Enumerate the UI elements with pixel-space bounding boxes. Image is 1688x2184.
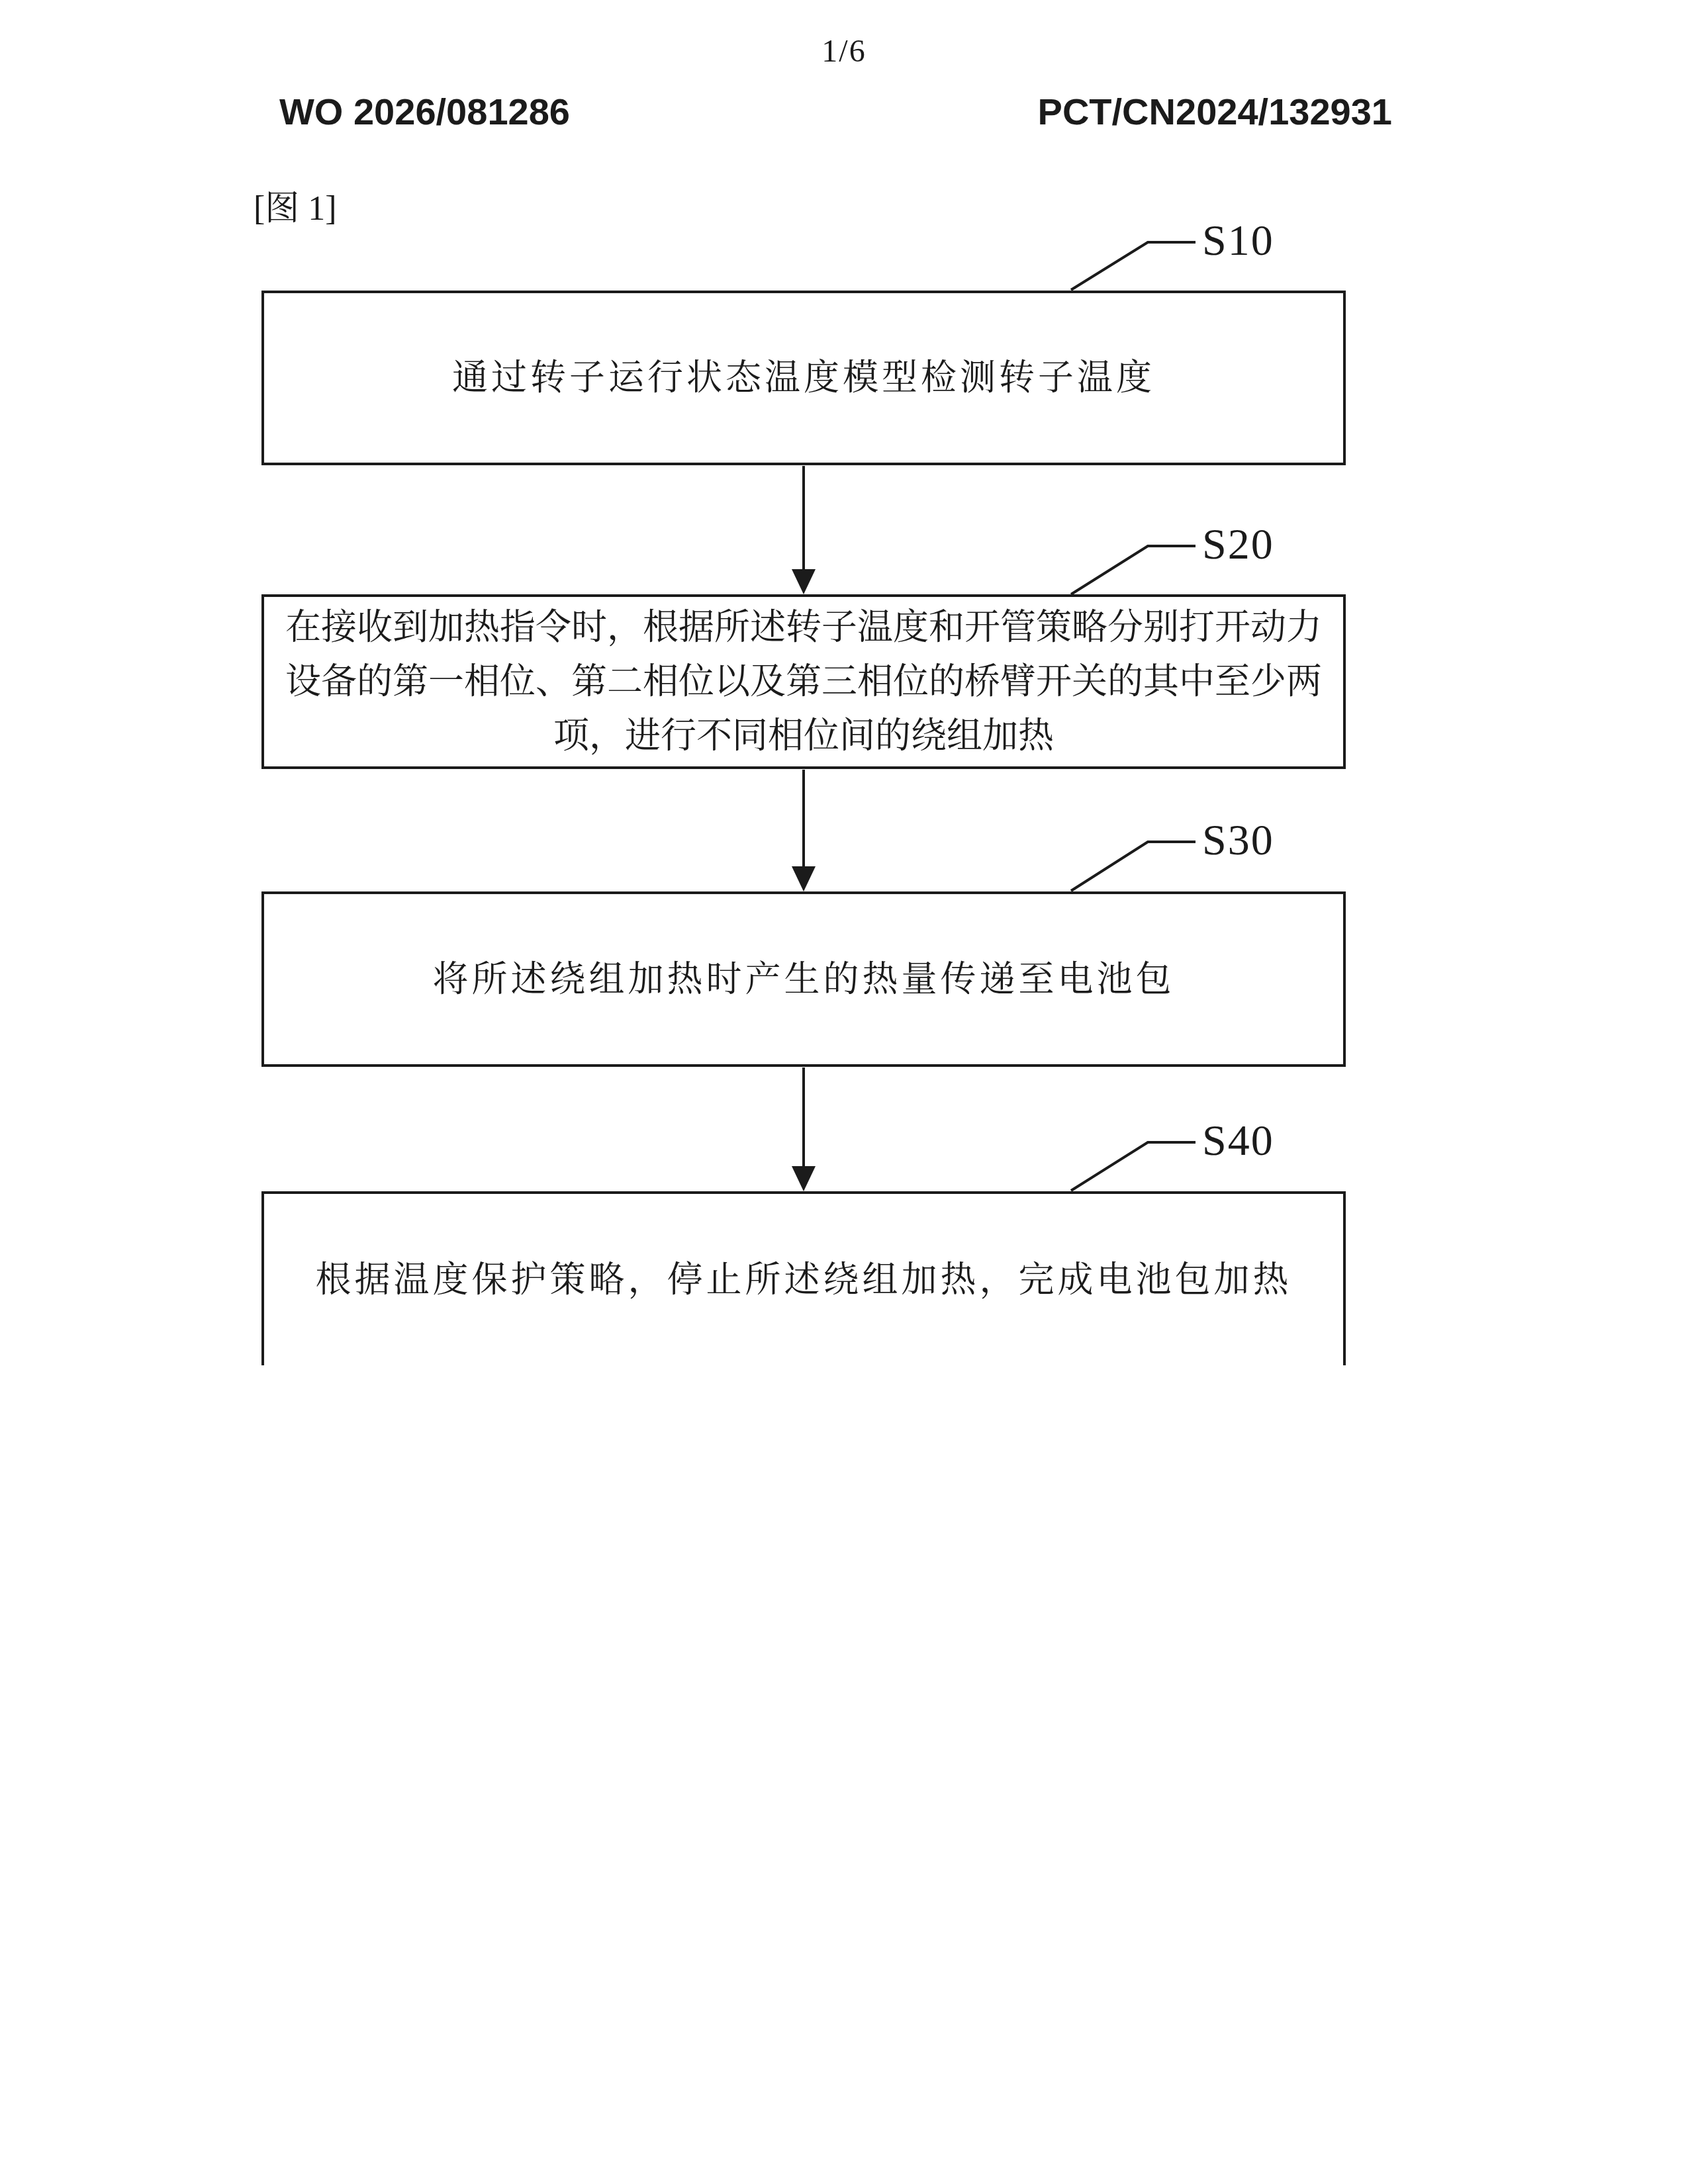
leader-line-s20 [1071, 546, 1196, 594]
arrow-head-1 [792, 569, 816, 594]
flow-step-box-s40: 根据温度保护策略，停止所述绕组加热，完成电池包加热 [261, 1191, 1346, 1365]
figure-label: [图 1] [254, 180, 337, 230]
step-tag-s30: S30 [1202, 813, 1274, 868]
flow-step-text-s20: 在接收到加热指令时，根据所述转子温度和开管策略分别打开动力 设备的第一相位、第二… [264, 600, 1343, 763]
publication-number: WO 2026/081286 [279, 90, 570, 133]
flow-step-text-s30: 将所述绕组加热时产生的热量传递至电池包 [264, 952, 1343, 1007]
leader-line-s10 [1071, 242, 1196, 290]
application-number: PCT/CN2024/132931 [1038, 90, 1392, 133]
flow-step-box-s30: 将所述绕组加热时产生的热量传递至电池包 [261, 891, 1346, 1067]
flow-step-box-s20: 在接收到加热指令时，根据所述转子温度和开管策略分别打开动力 设备的第一相位、第二… [261, 594, 1346, 769]
leader-line-s40 [1071, 1142, 1196, 1191]
step-tag-s40: S40 [1202, 1113, 1274, 1169]
flow-step-box-s10: 通过转子运行状态温度模型检测转子温度 [261, 291, 1346, 465]
arrow-head-2 [792, 866, 816, 891]
page-number: 1/6 [0, 33, 1688, 69]
arrow-head-3 [792, 1166, 816, 1191]
flow-step-text-s40: 根据温度保护策略，停止所述绕组加热，完成电池包加热 [264, 1253, 1343, 1307]
step-tag-s10: S10 [1202, 213, 1274, 269]
flow-step-text-s10: 通过转子运行状态温度模型检测转子温度 [264, 351, 1343, 405]
leader-line-s30 [1071, 842, 1196, 891]
step-tag-s20: S20 [1202, 517, 1274, 572]
